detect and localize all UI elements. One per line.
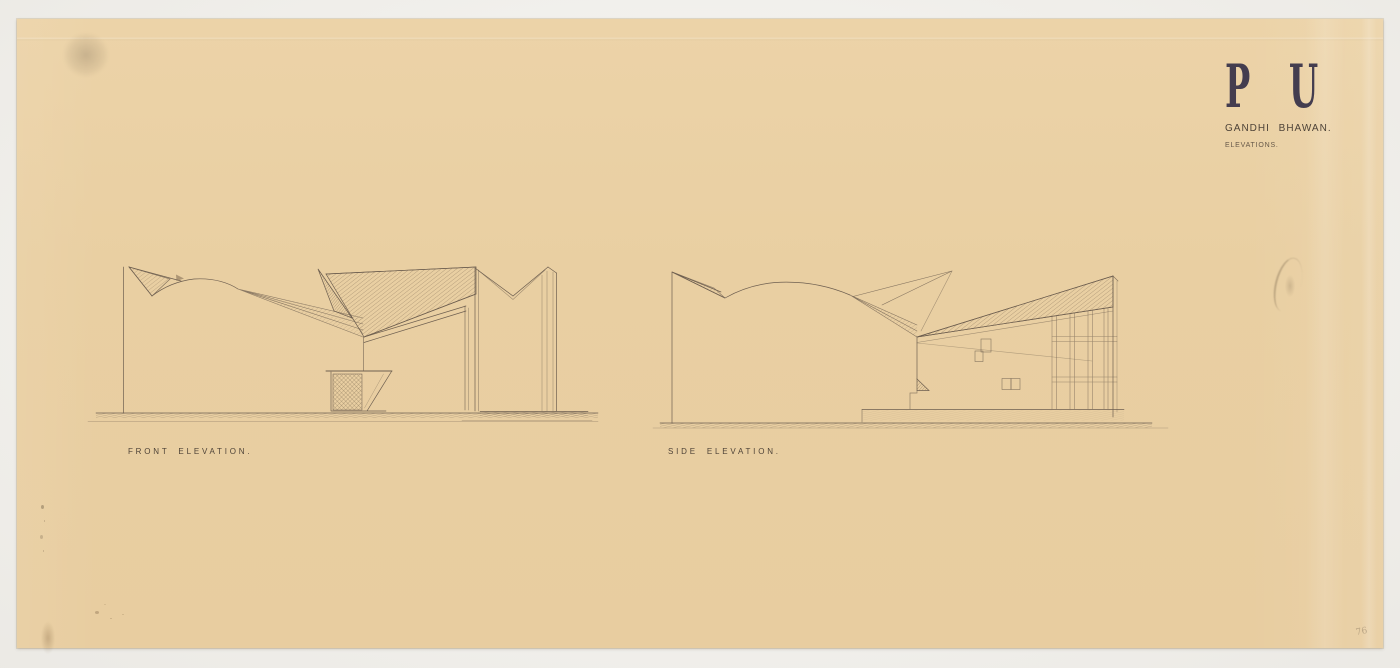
paper-crease — [17, 37, 1383, 41]
side-elevation-label: SIDE ELEVATION. — [668, 447, 781, 456]
paper-stain — [41, 505, 44, 509]
paper-stain — [95, 611, 99, 614]
paper-stain — [55, 25, 117, 85]
front-elevation-drawing — [85, 258, 600, 436]
project-name: GANDHI BHAWAN. — [1225, 123, 1332, 134]
paper-stain — [1269, 255, 1308, 315]
pu-logo: P U — [1225, 57, 1309, 117]
paper-stain — [39, 617, 57, 659]
scanner-background: { "title_block": { "logo": "P U", "proje… — [0, 0, 1400, 668]
paper-stain — [1283, 271, 1297, 301]
sheet-title: ELEVATIONS. — [1225, 142, 1279, 149]
drawing-sheet: FRONT ELEVATION. SIDE ELEVATION. P U GAN… — [17, 19, 1383, 648]
side-elevation-drawing — [648, 258, 1178, 438]
front-elevation-label: FRONT ELEVATION. — [128, 447, 252, 456]
title-block: P U GANDHI BHAWAN. ELEVATIONS. — [1225, 57, 1375, 117]
